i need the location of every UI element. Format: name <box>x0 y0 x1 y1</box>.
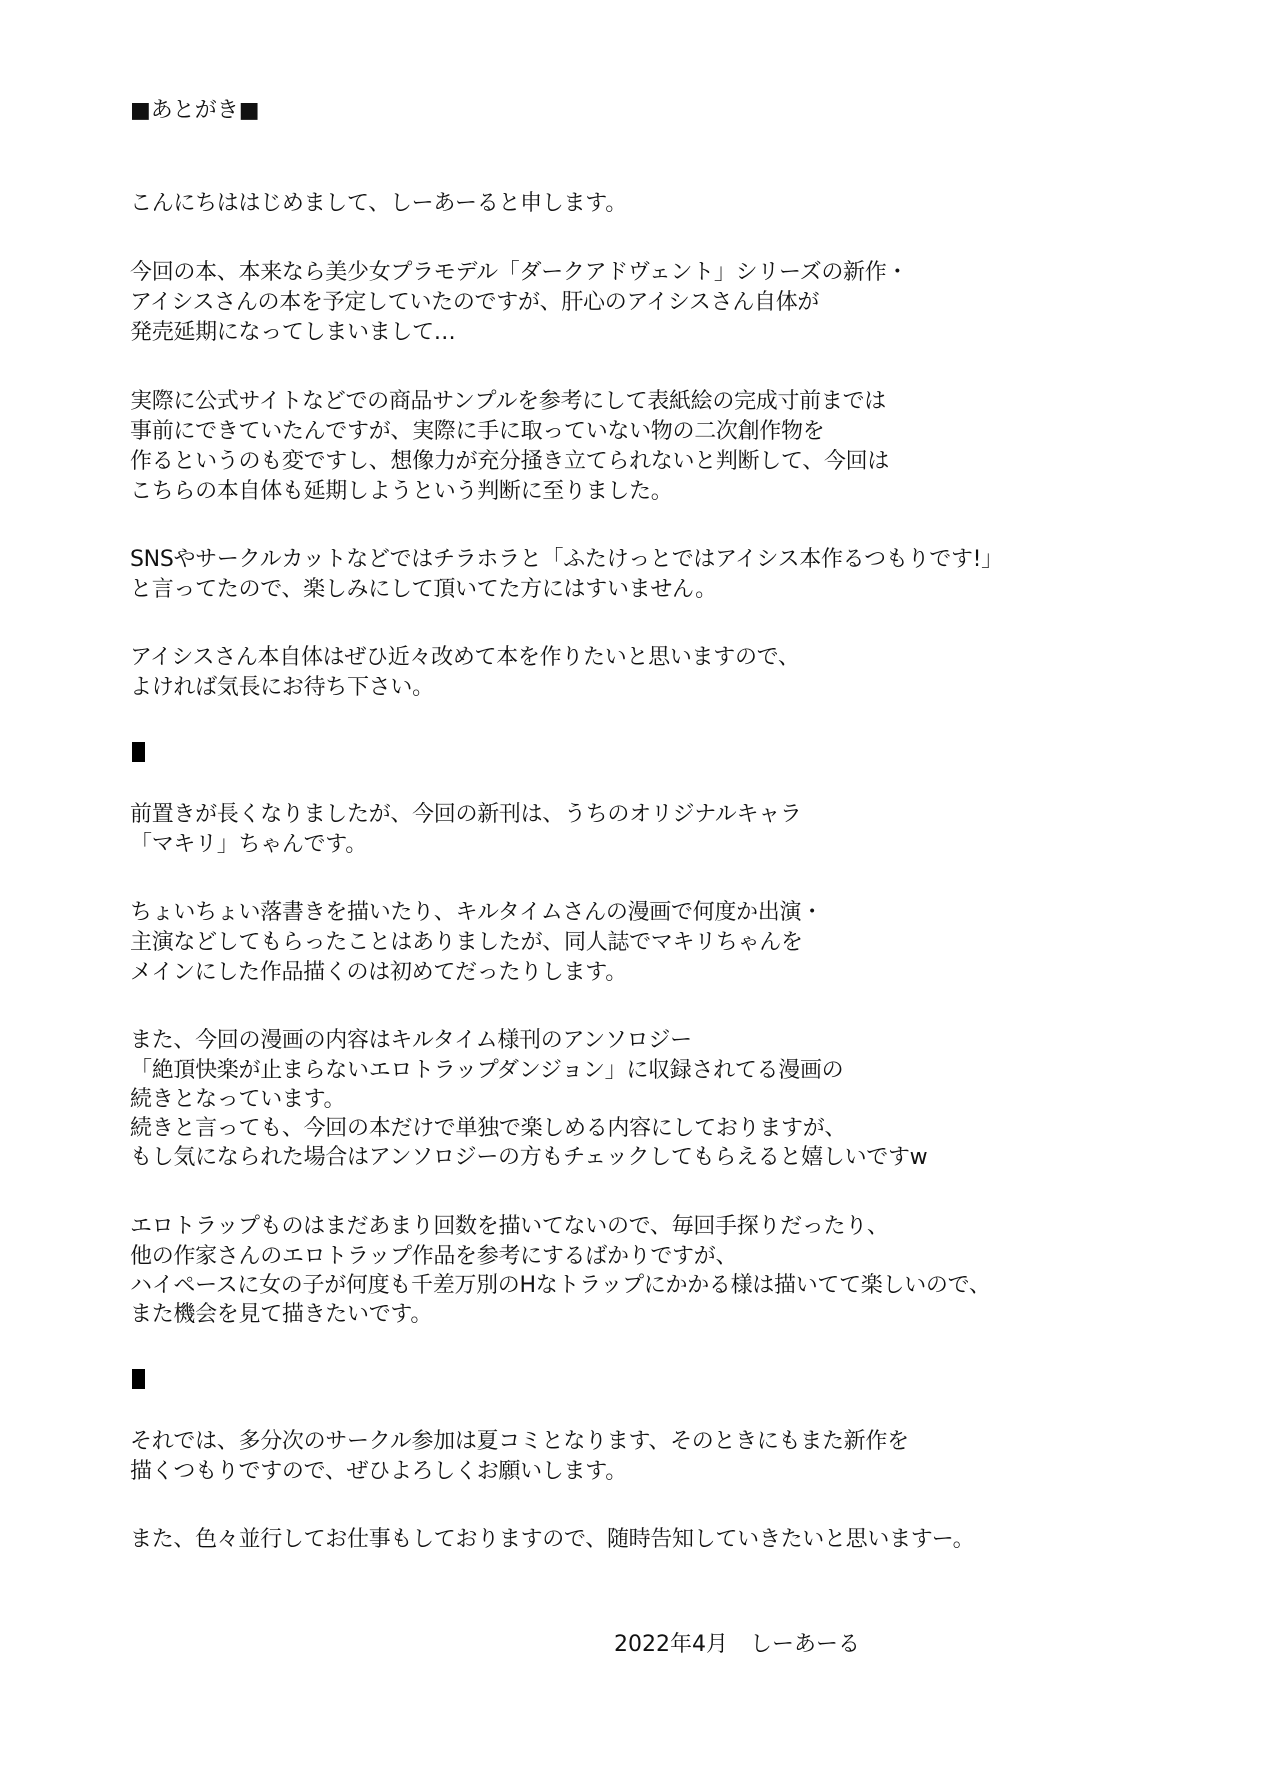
section-divider-square-icon <box>132 742 145 762</box>
afterword-page: ■あとがき■ こんにちははじめまして、しーあーると申します。 今回の本、本来なら… <box>0 0 1280 1791</box>
section-divider-square-icon <box>132 1369 145 1389</box>
text-line: SNSやサークルカットなどではチラホラと「ふたけっとではアイシス本作るつもりです… <box>130 545 1003 575</box>
text-line: また機会を見て描きたいです。 <box>130 1300 432 1330</box>
text-line: 続きと言っても、今回の本だけで単独で楽しめる内容にしておりますが、 <box>130 1114 846 1144</box>
text-line: 描くつもりですので、ぜひよろしくお願いします。 <box>130 1457 627 1487</box>
text-line: 実際に公式サイトなどでの商品サンプルを参考にして表紙絵の完成寸前までは <box>130 387 886 417</box>
text-line: 事前にできていたんですが、実際に手に取っていない物の二次創作物を <box>130 417 824 447</box>
signature-date: 2022年4月 しーあーる <box>614 1630 860 1660</box>
text-line: また、色々並行してお仕事もしておりますので、随時告知していきたいと思いますー。 <box>130 1525 974 1555</box>
text-line: 「絶頂快楽が止まらないエロトラップダンジョン」に収録されてる漫画の <box>130 1056 843 1086</box>
text-line: また、今回の漫画の内容はキルタイム様刊のアンソロジー <box>130 1026 692 1056</box>
text-line: 他の作家さんのエロトラップ作品を参考にするばかりですが、 <box>130 1242 737 1272</box>
text-line: 「マキリ」ちゃんです。 <box>130 830 367 860</box>
text-line: ハイペースに女の子が何度も千差万別のHなトラップにかかる様は描いてて楽しいので、 <box>130 1271 991 1301</box>
text-line: エロトラップものはまだあまり回数を描いてないので、毎回手探りだったり、 <box>130 1212 889 1242</box>
text-line: 作るというのも変ですし、想像力が充分掻き立てられないと判断して、今回は <box>130 447 889 477</box>
text-line: ちょいちょい落書きを描いたり、キルタイムさんの漫画で何度か出演・ <box>130 898 823 928</box>
text-line: それでは、多分次のサークル参加は夏コミとなります、そのときにもまた新作を <box>130 1427 909 1457</box>
text-line: 主演などしてもらったことはありましたが、同人誌でマキリちゃんを <box>130 928 803 958</box>
text-line: こちらの本自体も延期しようという判断に至りました。 <box>130 477 673 507</box>
text-line: よければ気長にお待ち下さい。 <box>130 673 434 703</box>
text-line: と言ってたので、楽しみにして頂いてた方にはすいません。 <box>130 575 717 605</box>
page-title: ■あとがき■ <box>130 96 260 126</box>
text-line: 発売延期になってしまいまして… <box>130 318 456 348</box>
text-line: 続きとなっています。 <box>130 1085 345 1115</box>
text-line: 前置きが長くなりましたが、今回の新刊は、うちのオリジナルキャラ <box>130 800 802 830</box>
text-line: もし気になられた場合はアンソロジーの方もチェックしてもらえると嬉しいですw <box>130 1143 927 1173</box>
text-line: メインにした作品描くのは初めてだったりします。 <box>130 958 627 988</box>
text-line: こんにちははじめまして、しーあーると申します。 <box>130 189 627 219</box>
text-line: アイシスさんの本を予定していたのですが、肝心のアイシスさん自体が <box>130 288 819 318</box>
text-line: 今回の本、本来なら美少女プラモデル「ダークアドヴェント」シリーズの新作・ <box>130 258 908 288</box>
text-line: アイシスさん本自体はぜひ近々改めて本を作りたいと思いますので、 <box>130 643 800 673</box>
